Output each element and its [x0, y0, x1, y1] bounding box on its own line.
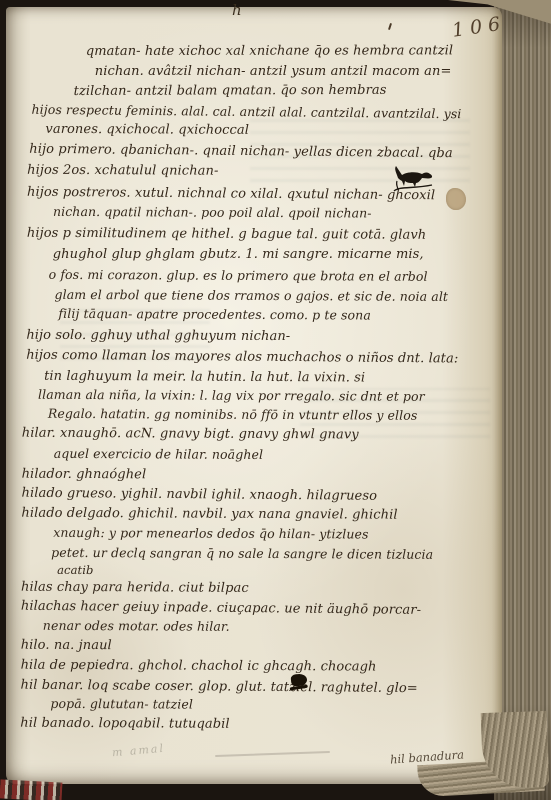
manuscript-line: hilar. xnaughō. acN. gnavy bigt. gnavy … — [22, 427, 359, 442]
manuscript-line: varones. qxichocal. qxichoccal — [45, 123, 249, 137]
animal-ink-doodle-icon — [392, 162, 438, 198]
manuscript-line: ghughol glup ghglam gbutz. 1. mi sangre.… — [53, 248, 424, 261]
manuscript-line: hil banado. lopoqabil. tutuqabil — [20, 717, 229, 731]
manuscript-line: hijos respectu feminis. alal. cal. antzi… — [31, 104, 461, 121]
manuscript-line: nichan. qpatil nichan-. poo poil alal. q… — [53, 206, 372, 220]
manuscript-line: qmatan- hate xichoc xal xnichane q̄o es … — [86, 44, 453, 58]
manuscript-line: glam el arbol que tiene dos rramos o gaj… — [55, 289, 449, 304]
manuscript-line: popā. glututan- tatziel — [50, 698, 193, 711]
manuscript-line: xnaugh: y por menearlos dedos q̄o hilan-… — [53, 527, 368, 541]
manuscript-line: hijo primero. qbanichan-. qnail nichan- … — [29, 143, 453, 160]
manuscript-line: hijos como llaman los mayores alos mucha… — [26, 349, 458, 366]
manuscript-photo: h 106 qmatan- hate xichoc xal xnichane q… — [0, 0, 551, 800]
manuscript-line: hijos postreros. xutul. nichnal co xilal… — [27, 186, 435, 203]
manuscript-line: hilado delgado. ghichil. navbil. yax nan… — [21, 507, 397, 522]
manuscript-line: hijos 2os. xchatulul qnichan- — [27, 164, 218, 178]
manuscript-text-block: qmatan- hate xichoc xal xnichane q̄o es … — [0, 0, 551, 800]
manuscript-line: acatib — [57, 565, 93, 577]
manuscript-line: hilo. na. jnaul — [21, 639, 112, 652]
manuscript-line: hil banar. loq scabe coser. glop. glut. … — [20, 679, 417, 695]
manuscript-line: tzilchan- antzil balam qmatan. q̄o son h… — [74, 84, 387, 98]
manuscript-line: o fos. mi corazon. glup. es lo primero q… — [49, 269, 428, 283]
manuscript-line: filij tāquan- apatre procedentes. como.… — [58, 308, 371, 322]
manuscript-line: hijos p similitudinem qe hithel. g bague… — [27, 227, 426, 242]
ink-blot — [290, 673, 307, 687]
manuscript-line: tin laghuyum la meir. la hutin. la hut. … — [44, 370, 365, 385]
manuscript-line: nichan. avâtzil nichan- antzil ysum ant… — [95, 65, 452, 78]
manuscript-line: llaman ala niña, la vixin: l. lag vix po… — [38, 389, 425, 404]
manuscript-line: hilas chay para herida. ciut bilpac — [21, 581, 249, 595]
manuscript-line: nenar odes motar. odes hilar. — [43, 620, 230, 633]
manuscript-line: hila de pepiedra. ghchol. chachol ic ghc… — [21, 659, 377, 674]
manuscript-line: hilado grueso. yighil. navbil ighil. xna… — [21, 487, 377, 503]
manuscript-line: hilachas hacer geiuy inpade. ciuçapac. u… — [21, 600, 421, 617]
manuscript-line: petet. ur declq sangran q̄ no sale la sa… — [51, 547, 433, 561]
manuscript-line: hijo solo. gghuy uthal gghuyum nichan- — [26, 329, 290, 343]
manuscript-line: aquel exercicio de hilar. noāghel — [54, 448, 263, 462]
manuscript-line: Regalo. hatatin. gg nominibs. nō ffō i… — [48, 408, 418, 422]
manuscript-line: hilador. ghnaóghel — [22, 468, 147, 482]
